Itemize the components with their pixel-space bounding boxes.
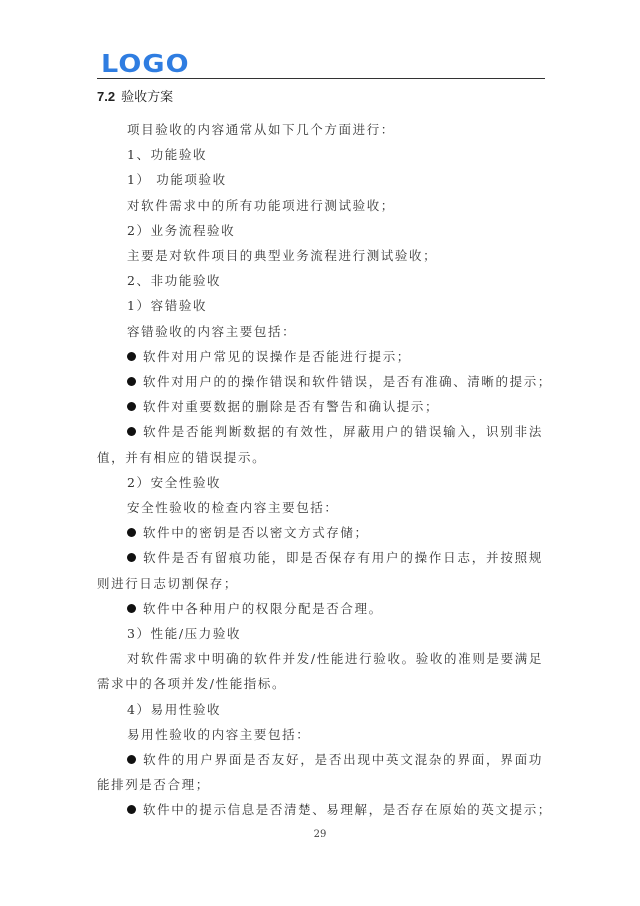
bullet-item: 软件的用户界面是否友好，是否出现中英文混杂的界面，界面功能排列是否合理； [97, 747, 543, 797]
document-body: 项目验收的内容通常从如下几个方面进行： 1、功能验收 1） 功能项验收 对软件需… [97, 117, 543, 823]
bullet-item: 软件中的密钥是否以密文方式存储； [97, 520, 543, 545]
bullet-icon [127, 377, 136, 386]
bullet-icon [127, 402, 136, 411]
bullet-icon [127, 805, 136, 814]
fault-tolerance-intro: 容错验收的内容主要包括： [97, 319, 543, 344]
security-intro: 安全性验收的检查内容主要包括： [97, 495, 543, 520]
page-number: 29 [0, 829, 640, 840]
page-header: LOGO [97, 49, 545, 79]
bullet-icon [127, 553, 136, 562]
bullet-item: 软件是否有留痕功能，即是否保存有用户的操作日志，并按照规则进行日志切割保存； [97, 545, 543, 595]
fault-tolerance-heading: 1）容错验收 [97, 293, 543, 318]
performance-text: 对软件需求中明确的软件并发/性能进行验收。验收的准则是要满足需求中的各项并发/性… [97, 646, 543, 696]
nonfunctional-heading: 2、非功能验收 [97, 268, 543, 293]
functional-item2-text: 主要是对软件项目的典型业务流程进行测试验收； [97, 243, 543, 268]
functional-item1-heading: 1） 功能项验收 [97, 167, 543, 192]
section-number: 7.2 [97, 89, 115, 104]
performance-heading: 3）性能/压力验收 [97, 621, 543, 646]
section-title: 验收方案 [121, 90, 173, 105]
header-divider [97, 78, 545, 79]
usability-heading: 4）易用性验收 [97, 697, 543, 722]
bullet-item: 软件中的提示信息是否清楚、易理解，是否存在原始的英文提示； [97, 797, 543, 822]
section-heading: 7.2验收方案 [97, 86, 173, 105]
functional-heading: 1、功能验收 [97, 142, 543, 167]
bullet-icon [127, 528, 136, 537]
usability-intro: 易用性验收的内容主要包括： [97, 722, 543, 747]
bullet-item: 软件是否能判断数据的有效性，屏蔽用户的错误输入，识别非法值，并有相应的错误提示。 [97, 419, 543, 469]
bullet-icon [127, 427, 136, 436]
bullet-item: 软件中各种用户的权限分配是否合理。 [97, 596, 543, 621]
bullet-item: 软件对重要数据的删除是否有警告和确认提示； [97, 394, 543, 419]
intro-text: 项目验收的内容通常从如下几个方面进行： [97, 117, 543, 142]
bullet-icon [127, 604, 136, 613]
bullet-item: 软件对用户的的操作错误和软件错误，是否有准确、清晰的提示； [97, 369, 543, 394]
functional-item2-heading: 2）业务流程验收 [97, 218, 543, 243]
bullet-item: 软件对用户常见的误操作是否能进行提示； [97, 344, 543, 369]
functional-item1-text: 对软件需求中的所有功能项进行测试验收； [97, 193, 543, 218]
bullet-icon [127, 755, 136, 764]
security-heading: 2）安全性验收 [97, 470, 543, 495]
logo: LOGO [101, 51, 190, 76]
bullet-icon [127, 352, 136, 361]
